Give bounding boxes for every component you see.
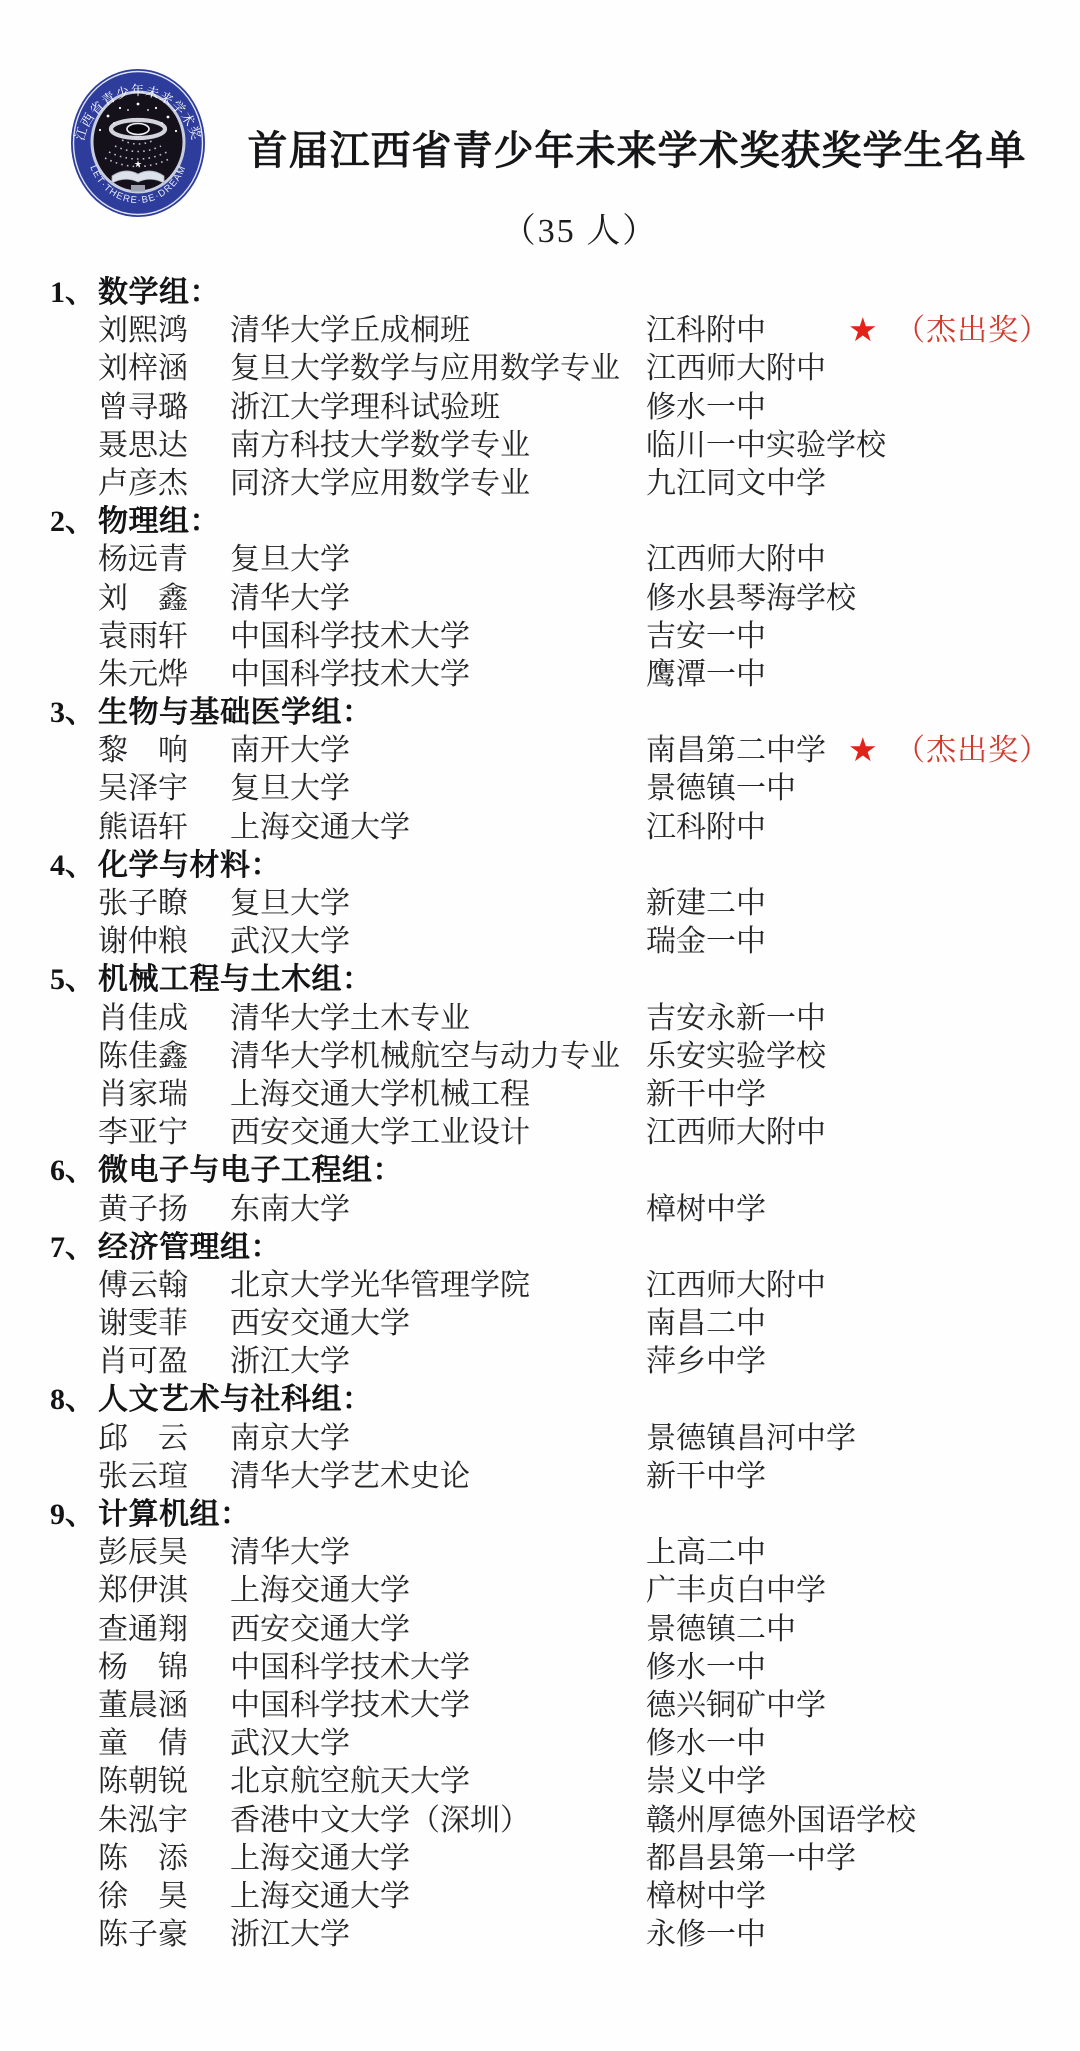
student-school: 吉安永新一中: [646, 1000, 826, 1038]
student-school: 德兴铜矿中学: [646, 1687, 826, 1725]
student-university: 中国科学技术大学: [230, 618, 470, 656]
section-number: 2、: [50, 503, 95, 541]
student-name: 肖家瑞: [98, 1076, 188, 1114]
student-name: 童 倩: [98, 1725, 188, 1763]
section-title: 计算机组：: [98, 1496, 251, 1534]
student-school: 鹰潭一中: [646, 656, 766, 694]
student-university: 香港中文大学（深圳）: [230, 1802, 530, 1840]
student-university: 上海交通大学: [230, 1572, 410, 1610]
award-label: （杰出奖）: [895, 734, 1050, 767]
student-row: 朱元烨 中国科学技术大学 鹰潭一中: [0, 656, 1080, 694]
student-school: 上高二中: [646, 1534, 766, 1572]
student-row: 刘熙鸿 清华大学丘成桐班 江科附中 ★ （杰出奖）: [0, 312, 1080, 350]
student-university: 清华大学机械航空与动力专业: [230, 1038, 620, 1076]
student-school: 景德镇昌河中学: [646, 1420, 856, 1458]
section-title: 微电子与电子工程组：: [98, 1152, 403, 1190]
student-row: 张云瑄 清华大学艺术史论 新干中学: [0, 1458, 1080, 1496]
student-university: 武汉大学: [230, 923, 350, 961]
student-university: 复旦大学数学与应用数学专业: [230, 350, 620, 388]
student-university: 复旦大学: [230, 885, 350, 923]
student-row: 陈朝锐 北京航空航天大学 崇义中学: [0, 1763, 1080, 1801]
student-name: 陈 添: [98, 1840, 188, 1878]
award-section: 3、 生物与基础医学组： 黎 响 南开大学 南昌第二中学 ★ （杰出奖） 吴泽宇…: [0, 694, 1080, 847]
section-number: 8、: [50, 1381, 95, 1419]
section-number: 6、: [50, 1152, 95, 1190]
award-section: 4、 化学与材料： 张子瞭 复旦大学 新建二中 谢仲粮 武汉大学 瑞金一中: [0, 847, 1080, 962]
book-base: [131, 185, 145, 192]
section-title: 物理组：: [98, 503, 220, 541]
student-school: 樟树中学: [646, 1191, 766, 1229]
section-title: 机械工程与土木组：: [98, 961, 373, 999]
section-header-row: 8、 人文艺术与社科组：: [0, 1381, 1080, 1419]
student-name: 黄子扬: [98, 1191, 188, 1229]
student-school: 广丰贞白中学: [646, 1572, 826, 1610]
student-name: 黎 响: [98, 732, 188, 770]
section-number: 1、: [50, 274, 95, 312]
student-university: 南方科技大学数学专业: [230, 427, 530, 465]
small-star-icon: ★: [134, 159, 142, 169]
student-name: 李亚宁: [98, 1114, 188, 1152]
student-name: 查通翔: [98, 1611, 188, 1649]
section-number: 9、: [50, 1496, 95, 1534]
student-school: 江西师大附中: [646, 1114, 826, 1152]
student-name: 郑伊淇: [98, 1572, 188, 1610]
student-school: 吉安一中: [646, 618, 766, 656]
star-icon: ★: [848, 733, 878, 769]
student-university: 中国科学技术大学: [230, 656, 470, 694]
student-school: 江科附中: [646, 809, 766, 847]
student-school: 修水一中: [646, 1649, 766, 1687]
student-name: 徐 昊: [98, 1878, 188, 1916]
section-header-row: 4、 化学与材料：: [0, 847, 1080, 885]
student-name: 曾寻璐: [98, 389, 188, 427]
section-header-row: 1、 数学组：: [0, 274, 1080, 312]
student-name: 肖可盈: [98, 1343, 188, 1381]
student-name: 陈佳鑫: [98, 1038, 188, 1076]
student-row: 邱 云 南京大学 景德镇昌河中学: [0, 1420, 1080, 1458]
student-university: 上海交通大学: [230, 809, 410, 847]
student-name: 肖佳成: [98, 1000, 188, 1038]
student-row: 徐 昊 上海交通大学 樟树中学: [0, 1878, 1080, 1916]
student-row: 肖佳成 清华大学土木专业 吉安永新一中: [0, 1000, 1080, 1038]
student-university: 北京航空航天大学: [230, 1763, 470, 1801]
student-name: 杨远青: [98, 541, 188, 579]
student-name: 董晨涵: [98, 1687, 188, 1725]
section-number: 3、: [50, 694, 95, 732]
section-number: 4、: [50, 847, 95, 885]
student-university: 清华大学丘成桐班: [230, 312, 470, 350]
student-row: 谢仲粮 武汉大学 瑞金一中: [0, 923, 1080, 961]
student-university: 西安交通大学: [230, 1305, 410, 1343]
student-school: 赣州厚德外国语学校: [646, 1802, 916, 1840]
student-school: 九江同文中学: [646, 465, 826, 503]
student-university: 上海交通大学: [230, 1840, 410, 1878]
section-title: 化学与材料：: [98, 847, 281, 885]
award-section: 1、 数学组： 刘熙鸿 清华大学丘成桐班 江科附中 ★ （杰出奖） 刘梓涵 复旦…: [0, 274, 1080, 503]
award-section: 7、 经济管理组： 傅云翰 北京大学光华管理学院 江西师大附中 谢雯菲 西安交通…: [0, 1229, 1080, 1382]
student-school: 景德镇一中: [646, 770, 796, 808]
student-row: 陈子豪 浙江大学 永修一中: [0, 1916, 1080, 1954]
student-row: 黎 响 南开大学 南昌第二中学 ★ （杰出奖）: [0, 732, 1080, 770]
org-logo: ★ 江西省青少年未来学术奖 LET·THERE·BE·DREAM: [70, 68, 206, 218]
student-school: 江西师大附中: [646, 1267, 826, 1305]
student-row: 刘梓涵 复旦大学数学与应用数学专业 江西师大附中: [0, 350, 1080, 388]
section-header-row: 3、 生物与基础医学组：: [0, 694, 1080, 732]
student-school: 江西师大附中: [646, 541, 826, 579]
award-section: 5、 机械工程与土木组： 肖佳成 清华大学土木专业 吉安永新一中 陈佳鑫 清华大…: [0, 961, 1080, 1152]
student-school: 江科附中: [646, 312, 766, 350]
student-university: 西安交通大学: [230, 1611, 410, 1649]
student-university: 同济大学应用数学专业: [230, 465, 530, 503]
student-university: 南京大学: [230, 1420, 350, 1458]
student-university: 上海交通大学机械工程: [230, 1076, 530, 1114]
student-university: 中国科学技术大学: [230, 1687, 470, 1725]
section-header-row: 6、 微电子与电子工程组：: [0, 1152, 1080, 1190]
student-row: 李亚宁 西安交通大学工业设计 江西师大附中: [0, 1114, 1080, 1152]
student-school: 南昌第二中学: [646, 732, 826, 770]
student-row: 童 倩 武汉大学 修水一中: [0, 1725, 1080, 1763]
student-school: 瑞金一中: [646, 923, 766, 961]
student-school: 修水县琴海学校: [646, 580, 856, 618]
section-header-row: 2、 物理组：: [0, 503, 1080, 541]
student-university: 西安交通大学工业设计: [230, 1114, 530, 1152]
student-name: 聂思达: [98, 427, 188, 465]
student-name: 陈子豪: [98, 1916, 188, 1954]
student-row: 吴泽宇 复旦大学 景德镇一中: [0, 770, 1080, 808]
student-name: 张子瞭: [98, 885, 188, 923]
student-name: 朱泓宇: [98, 1802, 188, 1840]
student-row: 谢雯菲 西安交通大学 南昌二中: [0, 1305, 1080, 1343]
student-school: 都昌县第一中学: [646, 1840, 856, 1878]
student-row: 傅云翰 北京大学光华管理学院 江西师大附中: [0, 1267, 1080, 1305]
student-university: 复旦大学: [230, 541, 350, 579]
org-logo-badge: ★ 江西省青少年未来学术奖 LET·THERE·BE·DREAM: [70, 68, 206, 218]
section-title: 人文艺术与社科组：: [98, 1381, 373, 1419]
award-section: 8、 人文艺术与社科组： 邱 云 南京大学 景德镇昌河中学 张云瑄 清华大学艺术…: [0, 1381, 1080, 1496]
student-row: 张子瞭 复旦大学 新建二中: [0, 885, 1080, 923]
student-name: 熊语轩: [98, 809, 188, 847]
student-university: 清华大学土木专业: [230, 1000, 470, 1038]
student-row: 董晨涵 中国科学技术大学 德兴铜矿中学: [0, 1687, 1080, 1725]
student-row: 袁雨轩 中国科学技术大学 吉安一中: [0, 618, 1080, 656]
student-row: 杨 锦 中国科学技术大学 修水一中: [0, 1649, 1080, 1687]
award-label: （杰出奖）: [895, 314, 1050, 347]
outstanding-award: ★ （杰出奖）: [848, 312, 1050, 350]
student-name: 傅云翰: [98, 1267, 188, 1305]
student-name: 彭辰昊: [98, 1534, 188, 1572]
headcount-subtitle: （35 人）: [450, 213, 710, 251]
student-name: 卢彦杰: [98, 465, 188, 503]
student-name: 袁雨轩: [98, 618, 188, 656]
student-university: 北京大学光华管理学院: [230, 1267, 530, 1305]
student-school: 新建二中: [646, 885, 766, 923]
award-section: 6、 微电子与电子工程组： 黄子扬 东南大学 樟树中学: [0, 1152, 1080, 1228]
student-university: 东南大学: [230, 1191, 350, 1229]
student-school: 修水一中: [646, 389, 766, 427]
award-section: 9、 计算机组： 彭辰昊 清华大学 上高二中 郑伊淇 上海交通大学 广丰贞白中学…: [0, 1496, 1080, 1954]
student-name: 吴泽宇: [98, 770, 188, 808]
student-school: 南昌二中: [646, 1305, 766, 1343]
student-name: 刘熙鸿: [98, 312, 188, 350]
document-page: ★ 江西省青少年未来学术奖 LET·THERE·BE·DREAM 首届江西省青少…: [0, 0, 1080, 2051]
section-header-row: 7、 经济管理组：: [0, 1229, 1080, 1267]
student-row: 肖可盈 浙江大学 萍乡中学: [0, 1343, 1080, 1381]
page-title: 首届江西省青少年未来学术奖获奖学生名单: [194, 128, 1080, 174]
student-name: 谢仲粮: [98, 923, 188, 961]
student-row: 彭辰昊 清华大学 上高二中: [0, 1534, 1080, 1572]
student-row: 刘 鑫 清华大学 修水县琴海学校: [0, 580, 1080, 618]
student-name: 刘 鑫: [98, 580, 188, 618]
student-school: 崇义中学: [646, 1763, 766, 1801]
student-name: 刘梓涵: [98, 350, 188, 388]
student-row: 肖家瑞 上海交通大学机械工程 新干中学: [0, 1076, 1080, 1114]
student-university: 浙江大学: [230, 1916, 350, 1954]
student-school: 临川一中实验学校: [646, 427, 886, 465]
student-row: 陈 添 上海交通大学 都昌县第一中学: [0, 1840, 1080, 1878]
student-school: 乐安实验学校: [646, 1038, 826, 1076]
student-university: 上海交通大学: [230, 1878, 410, 1916]
student-university: 南开大学: [230, 732, 350, 770]
section-header-row: 5、 机械工程与土木组：: [0, 961, 1080, 999]
student-school: 新干中学: [646, 1458, 766, 1496]
section-number: 5、: [50, 961, 95, 999]
student-row: 曾寻璐 浙江大学理科试验班 修水一中: [0, 389, 1080, 427]
section-title: 数学组：: [98, 274, 220, 312]
student-row: 卢彦杰 同济大学应用数学专业 九江同文中学: [0, 465, 1080, 503]
award-section: 2、 物理组： 杨远青 复旦大学 江西师大附中 刘 鑫 清华大学 修水县琴海学校…: [0, 503, 1080, 694]
student-name: 杨 锦: [98, 1649, 188, 1687]
section-number: 7、: [50, 1229, 95, 1267]
student-university: 清华大学: [230, 580, 350, 618]
student-row: 陈佳鑫 清华大学机械航空与动力专业 乐安实验学校: [0, 1038, 1080, 1076]
student-row: 郑伊淇 上海交通大学 广丰贞白中学: [0, 1572, 1080, 1610]
student-school: 修水一中: [646, 1725, 766, 1763]
student-name: 朱元烨: [98, 656, 188, 694]
student-name: 陈朝锐: [98, 1763, 188, 1801]
section-title: 经济管理组：: [98, 1229, 281, 1267]
student-school: 江西师大附中: [646, 350, 826, 388]
student-row: 查通翔 西安交通大学 景德镇二中: [0, 1611, 1080, 1649]
student-name: 张云瑄: [98, 1458, 188, 1496]
student-row: 朱泓宇 香港中文大学（深圳） 赣州厚德外国语学校: [0, 1802, 1080, 1840]
student-university: 复旦大学: [230, 770, 350, 808]
section-title: 生物与基础医学组：: [98, 694, 373, 732]
student-row: 杨远青 复旦大学 江西师大附中: [0, 541, 1080, 579]
student-school: 景德镇二中: [646, 1611, 796, 1649]
student-university: 中国科学技术大学: [230, 1649, 470, 1687]
student-school: 萍乡中学: [646, 1343, 766, 1381]
student-university: 武汉大学: [230, 1725, 350, 1763]
student-row: 黄子扬 东南大学 樟树中学: [0, 1191, 1080, 1229]
section-header-row: 9、 计算机组：: [0, 1496, 1080, 1534]
student-row: 熊语轩 上海交通大学 江科附中: [0, 809, 1080, 847]
student-university: 清华大学艺术史论: [230, 1458, 470, 1496]
student-university: 浙江大学: [230, 1343, 350, 1381]
student-name: 邱 云: [98, 1420, 188, 1458]
student-school: 新干中学: [646, 1076, 766, 1114]
student-school: 樟树中学: [646, 1878, 766, 1916]
star-icon: ★: [848, 313, 878, 349]
student-name: 谢雯菲: [98, 1305, 188, 1343]
award-list: 1、 数学组： 刘熙鸿 清华大学丘成桐班 江科附中 ★ （杰出奖） 刘梓涵 复旦…: [0, 274, 1080, 1954]
student-university: 浙江大学理科试验班: [230, 389, 500, 427]
student-row: 聂思达 南方科技大学数学专业 临川一中实验学校: [0, 427, 1080, 465]
outstanding-award: ★ （杰出奖）: [848, 732, 1050, 770]
student-university: 清华大学: [230, 1534, 350, 1572]
student-school: 永修一中: [646, 1916, 766, 1954]
